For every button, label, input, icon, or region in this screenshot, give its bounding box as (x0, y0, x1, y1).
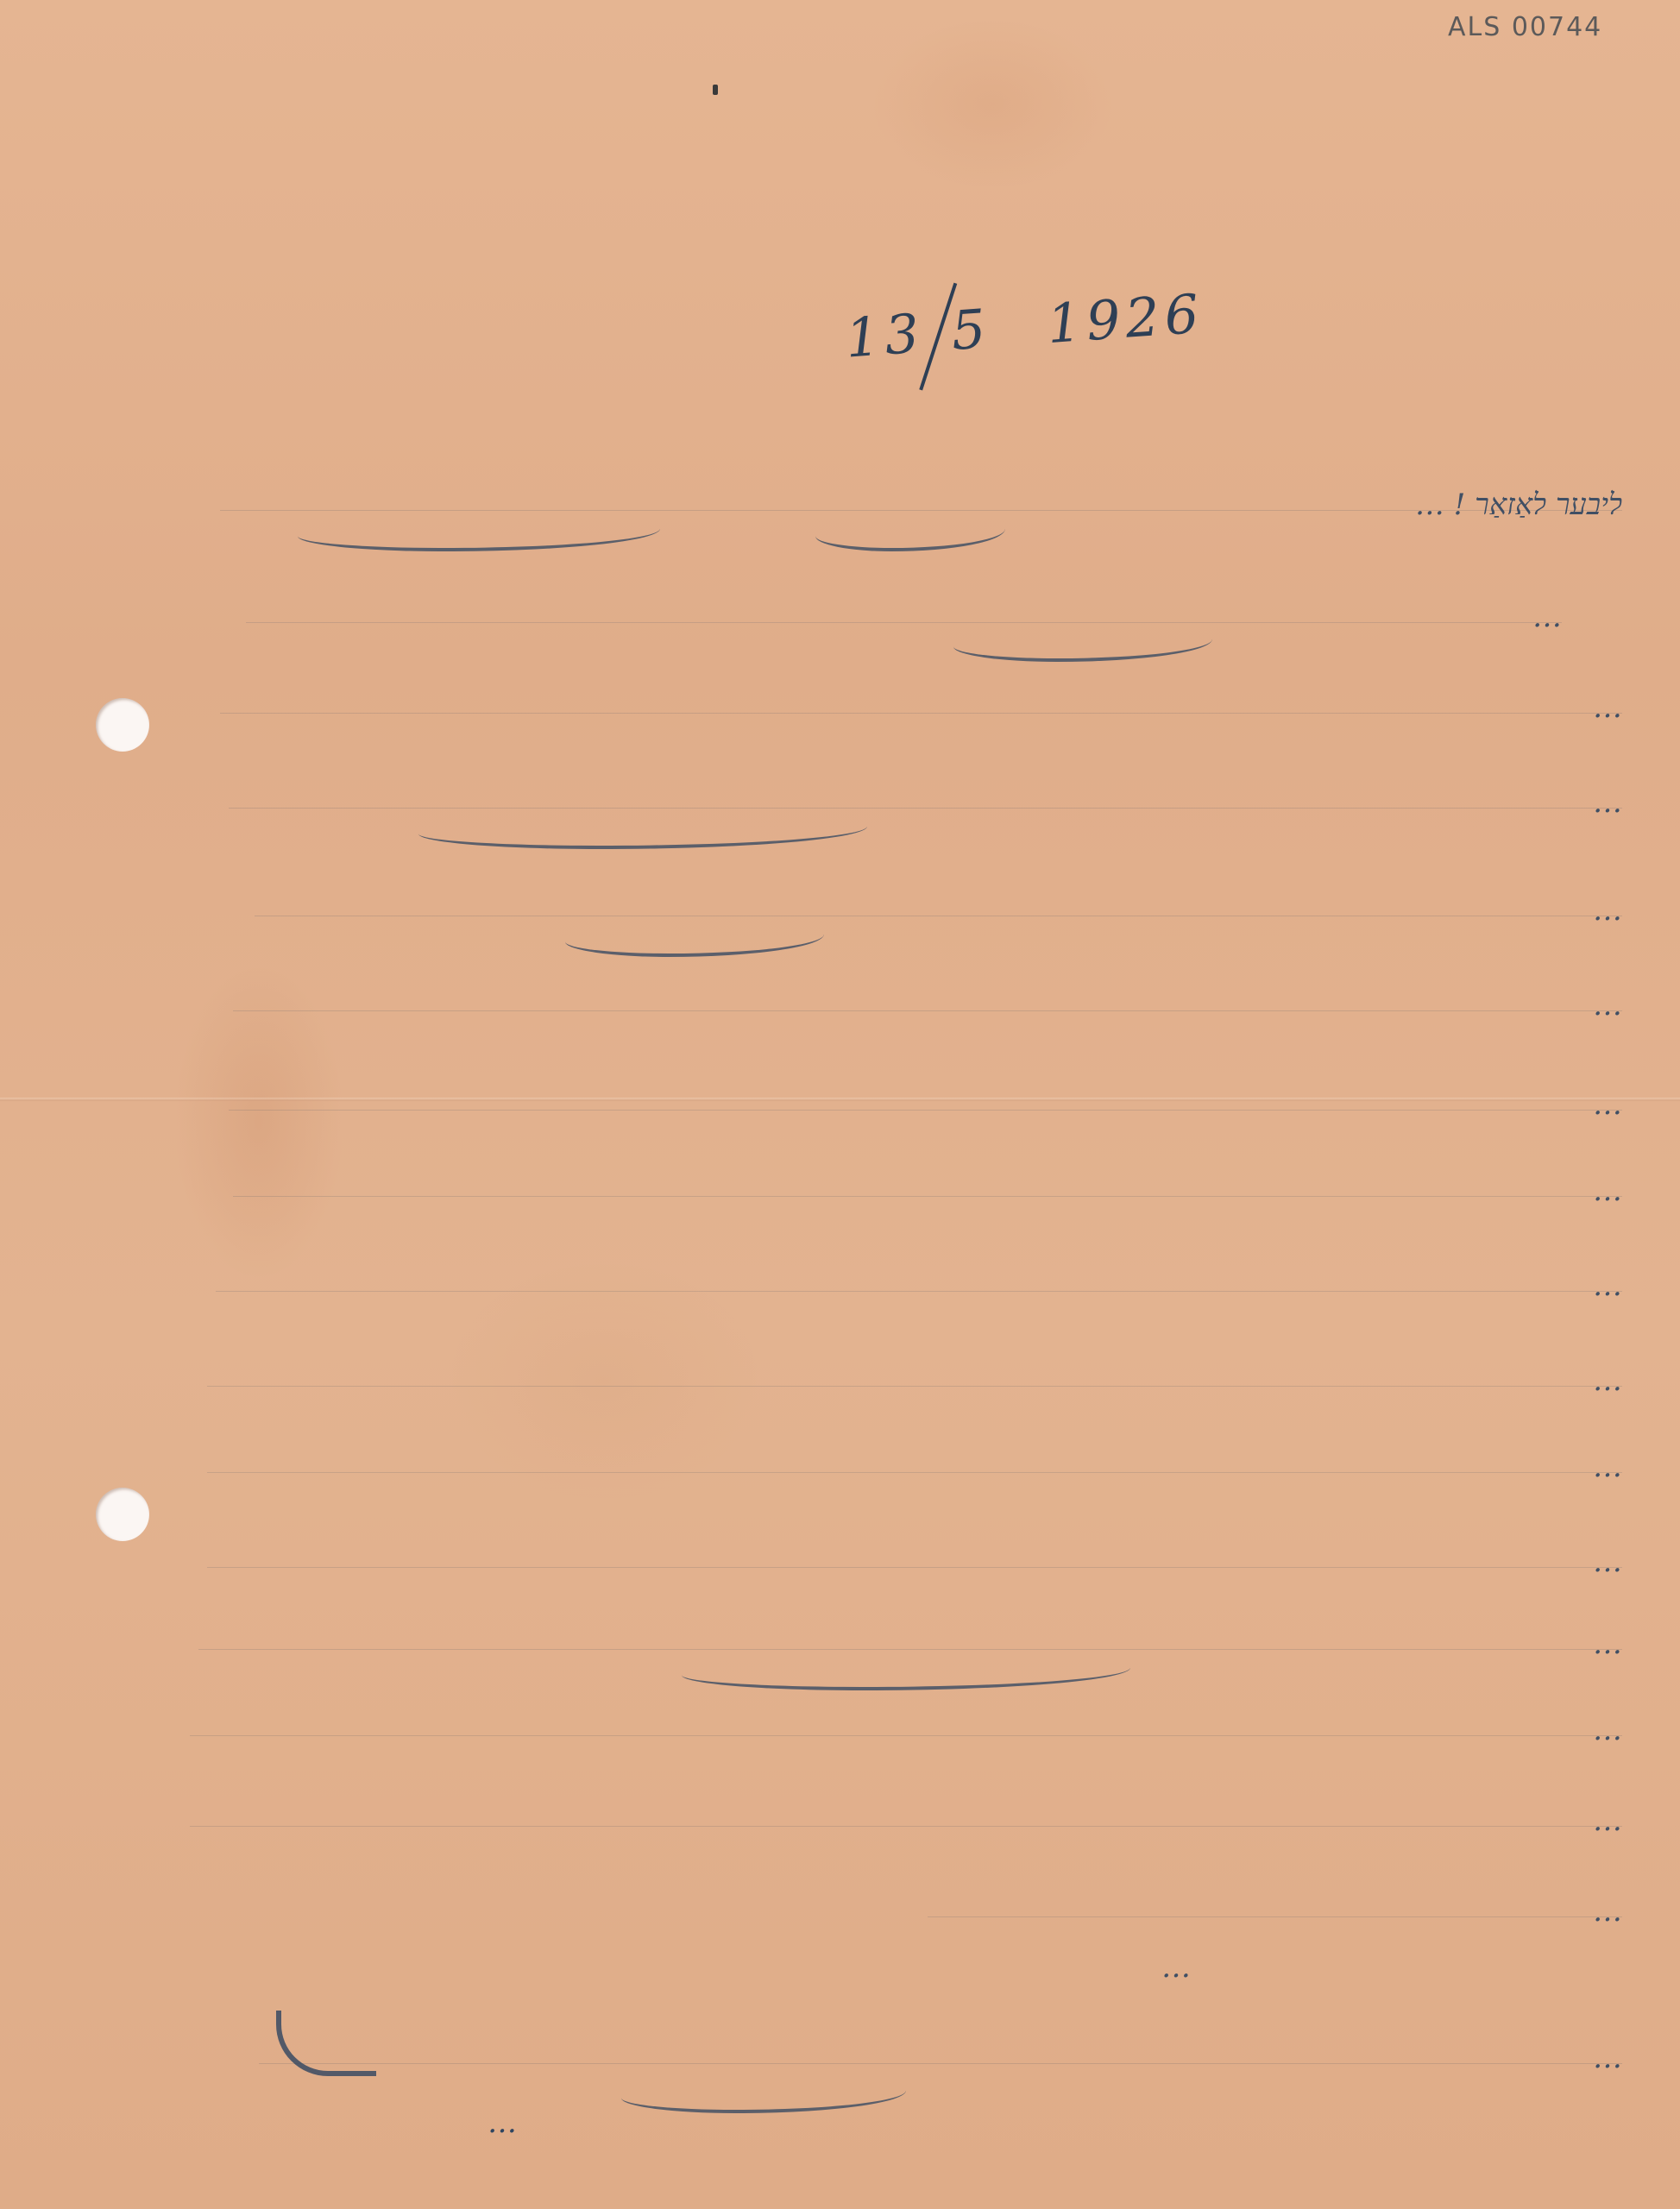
handwritten-text: … (414, 1950, 1191, 1985)
body-line-10: … (207, 1355, 1622, 1415)
ink-swash (682, 1652, 1130, 1690)
body-line-7: … (229, 1079, 1622, 1139)
ink-swash (815, 513, 1005, 551)
body-line-8: … (233, 1165, 1622, 1225)
handwritten-text: … (233, 988, 1622, 1023)
archive-id-label: ALS 00744 (1448, 12, 1602, 42)
handwritten-text: … (190, 1803, 1622, 1838)
body-line-4: … (229, 777, 1622, 837)
handwritten-text: … (233, 1174, 1622, 1208)
handwritten-text: … (207, 1363, 1622, 1398)
handwritten-text: … (216, 1268, 1622, 1303)
handwritten-text: … (220, 690, 1622, 725)
closing-line-b: … (259, 2032, 1622, 2093)
body-line-3: … (220, 682, 1622, 742)
handwritten-text: … (246, 600, 1562, 634)
handwritten-text: … (207, 1545, 1622, 1579)
letter-sheet: ALS 00744 135 1926 ליבער לאַזאַר ! … … …… (0, 0, 1680, 2209)
handwritten-text: … (207, 1450, 1622, 1484)
date-day: 13 (844, 301, 927, 369)
body-line-5: … (255, 884, 1622, 945)
ink-swash (298, 513, 660, 551)
body-line-9: … (216, 1260, 1622, 1320)
body-line-2: … (246, 591, 1562, 651)
ink-mark (713, 85, 718, 95)
handwritten-text: … (229, 1087, 1622, 1122)
body-line-12: … (207, 1536, 1622, 1596)
body-line-11: … (207, 1441, 1622, 1501)
handwritten-text: … (255, 893, 1622, 928)
body-line-14: … (190, 1704, 1622, 1765)
punch-hole-bottom (96, 1488, 149, 1541)
handwritten-text: … (259, 2041, 1622, 2075)
handwritten-text: … (190, 1713, 1622, 1747)
body-line-15: … (190, 1795, 1622, 1855)
punch-hole-top (96, 698, 149, 752)
body-line-6: … (233, 979, 1622, 1040)
ink-swash (953, 624, 1212, 662)
body-line-16: … (928, 1885, 1622, 1946)
letter-date: 135 1926 (842, 262, 1208, 400)
handwritten-text: … (928, 1894, 1622, 1929)
body-line-1: ליבער לאַזאַר ! … (220, 479, 1622, 539)
closing-line-a: … (414, 1942, 1191, 2002)
ink-swash (418, 811, 867, 849)
body-line-13: … (198, 1618, 1622, 1678)
date-year: 1926 (1045, 282, 1205, 356)
signature-initials: … (488, 2105, 517, 2140)
ink-swash (565, 919, 824, 957)
ink-swash (621, 2075, 906, 2113)
date-month: 5 (949, 297, 992, 362)
